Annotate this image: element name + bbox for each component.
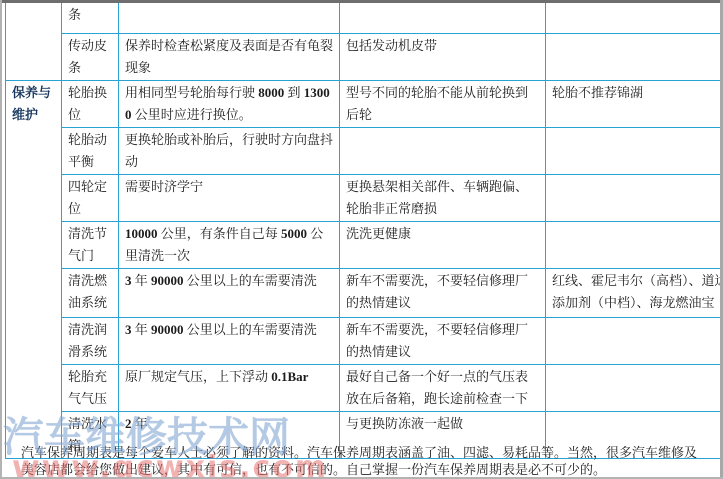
- table-row: 轮胎充气气压 原厂规定气压，上下浮动 0.1Bar 最好自己备一个好一点的气压表…: [6, 364, 723, 411]
- cell-note: 新车不需要洗，不要轻信修理厂的热情建议: [340, 268, 546, 317]
- cell-description: 需要时济学宁: [119, 174, 340, 221]
- section-cell-maintenance: 保养与维护: [6, 80, 62, 458]
- page-edge-top: [0, 0, 723, 3]
- cell-description: 3 年 90000 公里以上的车需要清洗: [119, 317, 340, 364]
- cell-note: 洗洗更健康: [340, 221, 546, 268]
- cell-recommendation: [546, 317, 723, 364]
- table-row: 清洗节气门 10000 公里，有条件自己每 5000 公里清洗一次 洗洗更健康: [6, 221, 723, 268]
- cell-description: [119, 3, 340, 33]
- cell-recommendation: [546, 174, 723, 221]
- cell-note: 最好自己备一个好一点的气压表放在后备箱，跑长途前检查一下: [340, 364, 546, 411]
- cell-item: 轮胎动平衡: [62, 127, 119, 174]
- cell-recommendation: 红线、霍尼韦尔（高档）、道达尔燃油添加剂（中档）、海龙燃油宝（实用）: [546, 268, 723, 317]
- cell-description: 3 年 90000 公里以上的车需要清洗: [119, 268, 340, 317]
- cell-item: 传动皮条: [62, 33, 119, 80]
- table-row: 清洗润滑系统 3 年 90000 公里以上的车需要清洗 新车不需要洗，不要轻信修…: [6, 317, 723, 364]
- cell-description: 更换轮胎或补胎后，行驶时方向盘抖动: [119, 127, 340, 174]
- cell-item: 清洗润滑系统: [62, 317, 119, 364]
- cell-note: [340, 3, 546, 33]
- table-row: 四轮定位 需要时济学宁 更换悬架相关部件、车辆跑偏、轮胎非正常磨损: [6, 174, 723, 221]
- cell-description: 用相同型号轮胎每行驶 8000 到 13000 公里时应进行换位。: [119, 80, 340, 127]
- cell-note: [340, 127, 546, 174]
- cell-note: 包括发动机皮带: [340, 33, 546, 80]
- cell-note: 新车不需要洗，不要轻信修理厂的热情建议: [340, 317, 546, 364]
- table-row: 保养与维护 轮胎换位 用相同型号轮胎每行驶 8000 到 13000 公里时应进…: [6, 80, 723, 127]
- maintenance-table: 条 传动皮条 保养时检查松紧度及表面是否有龟裂现象 包括发动机皮带 保养与维护 …: [5, 3, 723, 459]
- cell-recommendation: [546, 221, 723, 268]
- cell-recommendation: [546, 3, 723, 33]
- cell-description: 10000 公里，有条件自己每 5000 公里清洗一次: [119, 221, 340, 268]
- table-row: 传动皮条 保养时检查松紧度及表面是否有龟裂现象 包括发动机皮带: [6, 33, 723, 80]
- page-edge-left: [0, 0, 2, 479]
- cell-recommendation: 轮胎不推荐锦湖: [546, 80, 723, 127]
- cell-note: 更换悬架相关部件、车辆跑偏、轮胎非正常磨损: [340, 174, 546, 221]
- cell-description: 原厂规定气压，上下浮动 0.1Bar: [119, 364, 340, 411]
- cell-item: 轮胎充气气压: [62, 364, 119, 411]
- table-row: 条: [6, 3, 723, 33]
- cell-recommendation: [546, 33, 723, 80]
- cell-recommendation: [546, 127, 723, 174]
- cell-description: 保养时检查松紧度及表面是否有龟裂现象: [119, 33, 340, 80]
- cell-recommendation: [546, 364, 723, 411]
- cell-item: 轮胎换位: [62, 80, 119, 127]
- cell-item: 清洗节气门: [62, 221, 119, 268]
- table-row: 轮胎动平衡 更换轮胎或补胎后，行驶时方向盘抖动: [6, 127, 723, 174]
- section-cell-prev: [6, 3, 62, 80]
- cell-note: 型号不同的轮胎不能从前轮换到后轮: [340, 80, 546, 127]
- table-row: 清洗燃油系统 3 年 90000 公里以上的车需要清洗 新车不需要洗，不要轻信修…: [6, 268, 723, 317]
- cell-item: 四轮定位: [62, 174, 119, 221]
- cell-item: 清洗燃油系统: [62, 268, 119, 317]
- footer-note: 汽车保养周期表是每个爱车人士必须了解的资料。汽车保养周期表涵盖了油、四滤、易耗品…: [5, 440, 711, 478]
- cell-item: 条: [62, 3, 119, 33]
